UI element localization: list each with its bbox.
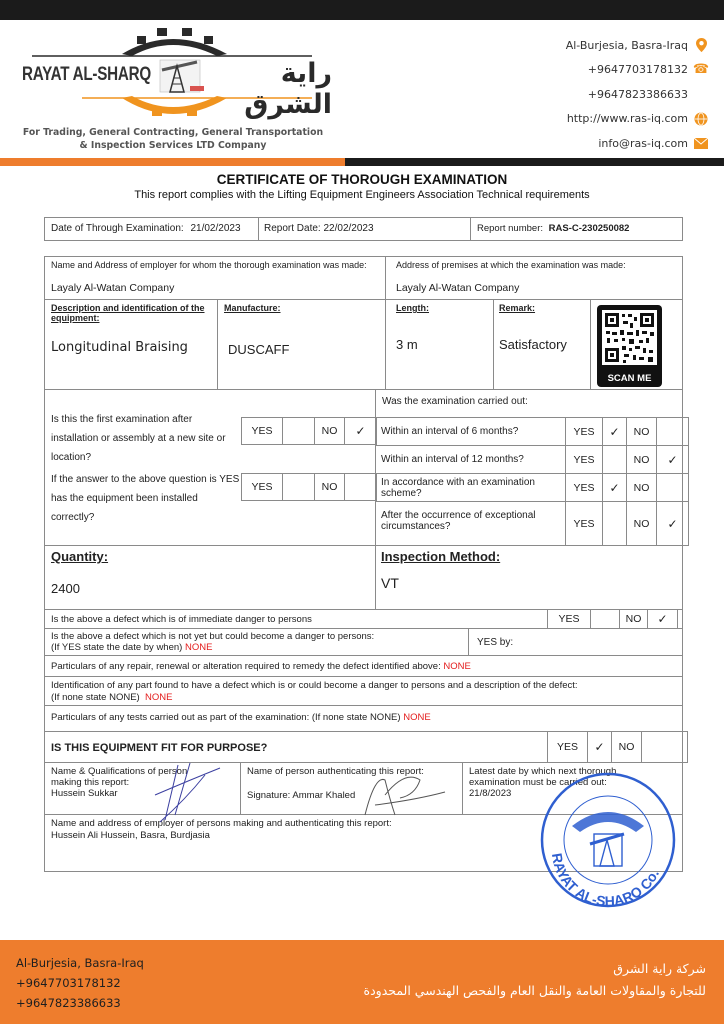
tests-text: Particulars of any tests carried out as … [51, 712, 401, 723]
fit-for-purpose-yes-checkbox[interactable]: ✓ [587, 731, 612, 763]
report-date-field: Report Date: 22/02/2023 [264, 223, 374, 234]
first-exam-no-checkbox[interactable]: ✓ [344, 417, 377, 445]
report-number-label: Report number: [477, 223, 543, 234]
manufacture-cell: Manufacture: DUSCAFF [217, 299, 386, 390]
report-date-label: Report Date: [264, 223, 321, 234]
first-exam-block: Is this the first examination after inst… [44, 389, 376, 546]
manufacture-value: DUSCAFF [228, 342, 289, 357]
immediate-danger-question: Is the above a defect which is of immedi… [51, 614, 312, 625]
location-pin-icon [694, 38, 708, 52]
tagline-line-1: For Trading, General Contracting, Genera… [18, 126, 328, 139]
length-cell: Length: 3 m [385, 299, 494, 390]
contact-email: info@ras-iq.com [508, 131, 708, 156]
carried-out-question: After the occurrence of exceptional circ… [375, 501, 565, 546]
immediate-danger-no-checkbox[interactable]: ✓ [647, 609, 678, 629]
future-danger-question: Is the above a defect which is not yet b… [51, 631, 374, 653]
envelope-icon [694, 136, 708, 150]
employer-cell: Name and Address of employer for whom th… [44, 256, 386, 300]
contact-email-link[interactable]: info@ras-iq.com [598, 137, 688, 150]
premises-label: Address of premises at which the examina… [396, 260, 626, 270]
carried-out-question: Within an interval of 12 months? [375, 445, 565, 474]
immediate-danger-no-label: NO [619, 609, 648, 629]
scan-me-label: SCAN ME [597, 373, 662, 384]
carried-out-question: In accordance with an examination scheme… [375, 473, 565, 502]
fit-for-purpose-yes-label: YES [547, 731, 588, 763]
future-danger-cell: Is the above a defect which is not yet b… [44, 628, 469, 656]
yes-by-label: YES by: [477, 637, 513, 648]
quantity-value: 2400 [51, 581, 80, 596]
contact-phone-2-text[interactable]: +9647823386633 [588, 88, 688, 101]
carried-out-1-yes-checkbox[interactable]: ✓ [602, 417, 627, 446]
company-logo: RAYAT AL-SHARQ راية الشرق [12, 26, 332, 116]
logo-english-name: RAYAT AL-SHARQ [22, 64, 151, 86]
first-exam-yes-label: YES [241, 417, 283, 445]
carried-out-question-text: After the occurrence of exceptional circ… [381, 510, 556, 532]
carried-out-4-yes-checkbox[interactable] [602, 501, 627, 546]
cell-divider [258, 218, 259, 240]
defective-part-row: Identification of any part found to have… [44, 676, 683, 706]
quantity-label: Quantity: [51, 549, 108, 564]
page-footer: Al-Burjesia, Basra-Iraq +9647703178132 +… [0, 940, 724, 1024]
contact-website-link[interactable]: http://www.ras-iq.com [567, 112, 688, 125]
carried-out-3-no-checkbox[interactable] [656, 473, 689, 502]
carried-out-question: Within an interval of 6 months? [375, 417, 565, 446]
inspection-method-label: Inspection Method: [381, 549, 500, 564]
tests-row: Particulars of any tests carried out as … [44, 705, 683, 732]
divider-orange-segment [0, 158, 345, 166]
installed-yes-label: YES [241, 473, 283, 501]
defective-part-value: NONE [145, 692, 172, 703]
installed-yes-checkbox[interactable] [282, 473, 315, 501]
maker-signature-icon [150, 760, 230, 830]
future-danger-text: Is the above a defect which is not yet b… [51, 631, 374, 642]
yes-by-cell: YES by: [468, 628, 683, 656]
certificate-subtitle: This report complies with the Lifting Eq… [0, 189, 724, 201]
globe-icon [694, 112, 708, 126]
contact-phone-1-text[interactable]: +9647703178132 [588, 63, 688, 76]
carried-out-3-no-label: NO [626, 473, 657, 502]
authenticator-signature-text: Signature: Ammar Khaled [247, 790, 355, 801]
employer-label: Name and Address of employer for whom th… [51, 260, 371, 270]
carried-out-2-no-label: NO [626, 445, 657, 474]
carried-out-question-text: Within an interval of 12 months? [381, 454, 556, 465]
immediate-danger-yes-label: YES [547, 609, 591, 629]
first-exam-no-label: NO [314, 417, 345, 445]
qr-cell: SCAN ME [590, 299, 683, 390]
premises-cell: Address of premises at which the examina… [385, 256, 683, 300]
length-label: Length: [396, 303, 429, 313]
contact-phone-1: +9647703178132 ☎ [508, 58, 708, 83]
carried-out-label: Was the examination carried out: [382, 396, 528, 407]
carried-out-4-no-checkbox[interactable]: ✓ [656, 501, 689, 546]
exam-date-field: Date of Through Examination: 21/02/2023 [51, 223, 241, 234]
logo-arabic-name: راية الشرق [210, 58, 332, 120]
blank-icon-slot [694, 87, 708, 101]
first-exam-question: Is this the first examination after inst… [51, 410, 239, 467]
report-employer-row: Name and address of employer of persons … [44, 814, 683, 872]
exam-date-value: 21/02/2023 [190, 223, 240, 234]
footer-arabic-line-2: للتجارة والمقاولات العامة والنقل العام و… [364, 980, 706, 1002]
next-exam-label-2: examination must be carried out: [469, 777, 616, 788]
carried-out-3-yes-checkbox[interactable]: ✓ [602, 473, 627, 502]
quantity-cell: Quantity: 2400 [44, 545, 376, 610]
carried-out-2-no-checkbox[interactable]: ✓ [656, 445, 689, 474]
carried-out-2-yes-label: YES [565, 445, 603, 474]
tests-question: Particulars of any tests carried out as … [51, 712, 431, 723]
future-danger-value: NONE [185, 642, 212, 653]
tests-value: NONE [403, 712, 430, 723]
report-number-field: Report number: RAS-C-230250082 [477, 223, 629, 234]
carried-out-1-no-label: NO [626, 417, 657, 446]
divider-black-segment [345, 158, 724, 166]
report-number-value: RAS-C-230250082 [549, 223, 630, 234]
manufacture-label: Manufacture: [224, 303, 281, 313]
carried-out-1-no-checkbox[interactable] [656, 417, 689, 446]
repair-row: Particulars of any repair, renewal or al… [44, 655, 683, 677]
future-danger-sub: (If YES state the date by when) [51, 642, 182, 653]
certificate-title: CERTIFICATE OF THOROUGH EXAMINATION [0, 172, 724, 187]
report-date-value: 22/02/2023 [323, 223, 373, 234]
tagline-line-2: & Inspection Services LTD Company [18, 139, 328, 152]
cell-divider [470, 218, 471, 240]
description-label: Description and identification of the eq… [51, 303, 211, 323]
footer-phone-1[interactable]: +9647703178132 [16, 973, 144, 993]
first-exam-yes-checkbox[interactable] [282, 417, 315, 445]
defective-part-text: Identification of any part found to have… [51, 680, 578, 692]
description-cell: Description and identification of the eq… [44, 299, 218, 390]
exam-date-label: Date of Through Examination: [51, 223, 184, 234]
next-exam-info: Latest date by which next thorough exami… [469, 766, 616, 799]
fit-for-purpose-no-label: NO [611, 731, 642, 763]
contact-block: Al-Burjesia, Basra-Iraq +9647703178132 ☎… [508, 33, 708, 156]
length-value: 3 m [396, 337, 418, 352]
company-tagline: For Trading, General Contracting, Genera… [18, 126, 328, 152]
qr-code-icon [602, 310, 657, 365]
immediate-danger-yes-checkbox[interactable] [590, 609, 620, 629]
remark-value: Satisfactory [499, 337, 567, 352]
repair-question: Particulars of any repair, renewal or al… [51, 661, 471, 672]
footer-arabic-line-1: شركة راية الشرق [364, 958, 706, 980]
inspection-method-value: VT [381, 575, 399, 591]
employer-value: Layaly Al-Watan Company [51, 282, 174, 294]
header-divider [0, 158, 724, 166]
report-employer-value: Hussein Ali Hussein, Basra, Burdjasia [51, 830, 392, 842]
defective-part-sub: (If none state NONE) [51, 692, 140, 703]
next-exam-label-1: Latest date by which next thorough [469, 766, 616, 777]
installed-no-label: NO [314, 473, 345, 501]
fit-for-purpose-no-checkbox[interactable] [641, 731, 688, 763]
description-value: Longitudinal Braising [51, 340, 188, 355]
repair-value: NONE [443, 661, 470, 672]
fit-for-purpose-question: IS THIS EQUIPMENT FIT FOR PURPOSE? [51, 742, 267, 754]
installed-no-checkbox[interactable] [344, 473, 377, 501]
footer-arabic-name: شركة راية الشرق للتجارة والمقاولات العام… [364, 958, 706, 1002]
contact-address: Al-Burjesia, Basra-Iraq [508, 33, 708, 58]
defective-part-question: Identification of any part found to have… [51, 680, 578, 704]
telephone-icon: ☎ [694, 63, 708, 77]
footer-contacts: Al-Burjesia, Basra-Iraq +9647703178132 +… [16, 953, 144, 1013]
premises-value: Layaly Al-Watan Company [396, 282, 519, 294]
next-exam-cell: Latest date by which next thorough exami… [462, 762, 683, 815]
repair-text: Particulars of any repair, renewal or al… [51, 661, 441, 672]
carried-out-4-yes-label: YES [565, 501, 603, 546]
carried-out-question-text: In accordance with an examination scheme… [381, 477, 556, 499]
next-exam-date: 21/8/2023 [469, 788, 616, 799]
contact-address-text: Al-Burjesia, Basra-Iraq [566, 39, 688, 52]
footer-address: Al-Burjesia, Basra-Iraq [16, 953, 144, 973]
remark-label: Remark: [499, 303, 535, 313]
installed-question: If the answer to the above question is Y… [51, 470, 243, 527]
top-black-bar [0, 0, 724, 20]
footer-phone-2[interactable]: +9647823386633 [16, 993, 144, 1013]
remark-cell: Remark: Satisfactory [493, 299, 591, 390]
contact-website: http://www.ras-iq.com [508, 107, 708, 132]
qr-code[interactable]: SCAN ME [597, 305, 662, 387]
carried-out-2-yes-checkbox[interactable] [602, 445, 627, 474]
inspection-method-cell: Inspection Method: VT [375, 545, 683, 610]
dates-row: Date of Through Examination: 21/02/2023 … [44, 217, 683, 241]
authenticator-signature-icon [345, 770, 455, 820]
carried-out-4-no-label: NO [626, 501, 657, 546]
carried-out-1-yes-label: YES [565, 417, 603, 446]
carried-out-question-text: Within an interval of 6 months? [381, 426, 556, 437]
carried-out-3-yes-label: YES [565, 473, 603, 502]
contact-phone-2: +9647823386633 [508, 82, 708, 107]
